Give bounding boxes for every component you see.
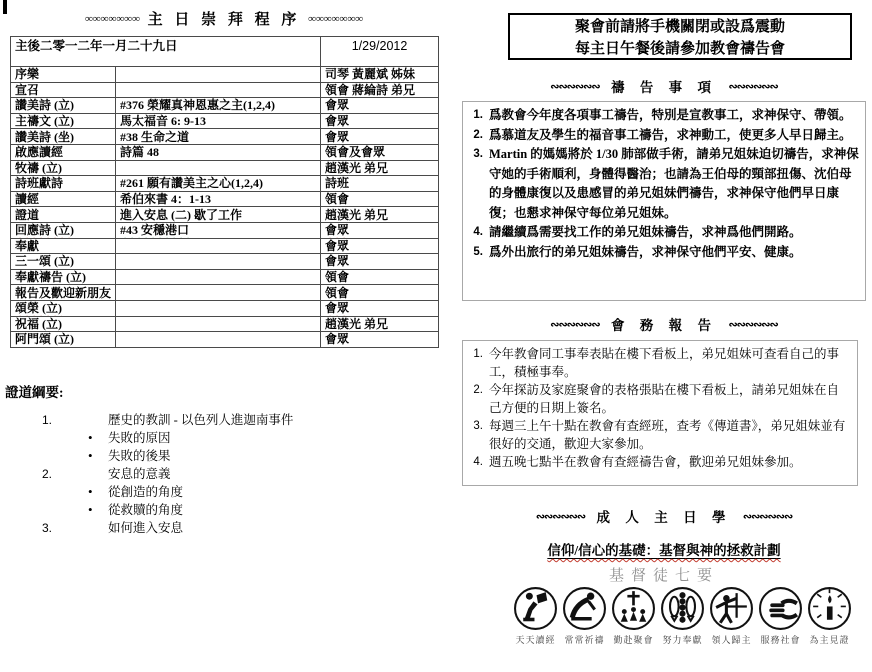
service-detail-cell xyxy=(116,82,321,98)
service-detail-cell xyxy=(116,300,321,316)
church-bulletin-page: ∞∞∞∞∞∞∞ 主 日 崇 拜 程 序 ∞∞∞∞∞∞∞ 主後二零一二年一月二十九… xyxy=(0,0,872,672)
curl-decoration-icon: ∾∾∾∾∾∾ xyxy=(728,81,777,93)
topic-part2: ：基督與神的拯救計劃 xyxy=(646,543,781,558)
service-item-cell: 宣召 xyxy=(11,82,116,98)
prayer-number: 2. xyxy=(467,126,489,146)
service-who-cell: 會眾 xyxy=(321,254,439,270)
seven-essential: 為主見證 xyxy=(806,586,853,646)
outline-item: •從救贖的角度 xyxy=(0,501,440,519)
service-who-cell: 領會 xyxy=(321,191,439,207)
prayer-item: 1.爲教會今年度各項事工禱告，特別是宣教事工，求神保守、帶領。 xyxy=(467,106,859,126)
service-who-cell: 會眾 xyxy=(321,222,439,238)
service-date-cn: 主後二零一二年一月二十九日 xyxy=(11,37,321,67)
praying-icon xyxy=(562,586,607,631)
service-item-cell: 頌榮 (立) xyxy=(11,300,116,316)
service-row: 宣召領會 蔣綸詩 弟兄 xyxy=(11,82,439,98)
bullet-icon: • xyxy=(88,501,108,519)
bullet-icon: • xyxy=(88,429,108,447)
evangelism-icon xyxy=(709,586,754,631)
service-order-title-text: 主 日 崇 拜 程 序 xyxy=(148,12,301,28)
service-row: 報告及歡迎新朋友領會 xyxy=(11,285,439,301)
service-item-cell: 詩班獻詩 xyxy=(11,176,116,192)
service-row: 讚美詩 (立)#376 榮耀真神恩惠之主(1,2,4)會眾 xyxy=(11,98,439,114)
service-who-cell: 會眾 xyxy=(321,129,439,145)
announcement-items-box: 1.今年教會同工事奉表貼在樓下看板上，弟兄姐妹可查看自己的事工，積極事奉。2.今… xyxy=(462,340,858,486)
service-item-cell: 報告及歡迎新朋友 xyxy=(11,285,116,301)
service-detail-cell xyxy=(116,285,321,301)
service-who-cell: 趙漢光 弟兄 xyxy=(321,316,439,332)
prayer-number: 1. xyxy=(467,106,489,126)
service-row: 序樂司琴 黃麗斌 姊妹 xyxy=(11,67,439,83)
topic-part1: 信仰/信心的基礎 xyxy=(547,543,645,558)
service-detail-cell xyxy=(116,67,321,83)
service-row: 牧禱 (立)趙漢光 弟兄 xyxy=(11,160,439,176)
service-who-cell: 領會 蔣綸詩 弟兄 xyxy=(321,82,439,98)
prayer-item: 5.爲外出旅行的弟兄姐妹禱告，求神保守他們平安、健康。 xyxy=(467,243,859,263)
prayer-items-box: 1.爲教會今年度各項事工禱告，特別是宣教事工，求神保守、帶領。2.爲慕道友及學生… xyxy=(462,101,866,301)
announcement-item: 1.今年教會同工事奉表貼在樓下看板上，弟兄姐妹可查看自己的事工，積極事奉。 xyxy=(467,345,851,381)
seven-essential-label: 為主見證 xyxy=(809,633,849,646)
seven-essential: 服務社會 xyxy=(757,586,804,646)
sunday-school-section-heading: ∾∾∾∾∾∾ 成 人 主 日 學 ∾∾∾∾∾∾ xyxy=(462,506,866,526)
prayer-item: 3.Martin 的媽媽將於 1/30 肺部做手術，請弟兄姐妹迫切禱告，求神保守… xyxy=(467,145,859,223)
service-detail-cell: #38 生命之道 xyxy=(116,129,321,145)
seven-essential-label: 常常祈禱 xyxy=(564,633,604,646)
bullet-icon: • xyxy=(88,447,108,465)
seven-essential: 天天讀經 xyxy=(512,586,559,646)
announcement-number: 4. xyxy=(467,453,489,471)
service-row: 詩班獻詩#261 願有讚美主之心(1,2,4)詩班 xyxy=(11,176,439,192)
service-item-cell: 回應詩 (立) xyxy=(11,222,116,238)
outline-number: 3. xyxy=(42,519,108,537)
announcement-number: 2. xyxy=(467,381,489,417)
service-who-cell: 領會 xyxy=(321,285,439,301)
prayer-text: 爲外出旅行的弟兄姐妹禱告，求神保守他們平安、健康。 xyxy=(489,243,802,263)
outline-text: 歷史的教訓 - 以色列人進迦南事件 xyxy=(108,411,293,429)
prayer-item: 4.請繼續爲需要找工作的弟兄姐妹禱告，求神爲他們開路。 xyxy=(467,223,859,243)
service-item-cell: 讚美詩 (坐) xyxy=(11,129,116,145)
outline-text: 從創造的角度 xyxy=(108,483,183,501)
outline-text: 從救贖的角度 xyxy=(108,501,183,519)
curl-decoration-icon: ∾∾∾∾∾∾ xyxy=(536,511,585,523)
service-detail-cell: 希伯來書 4：1-13 xyxy=(116,191,321,207)
service-detail-cell xyxy=(116,316,321,332)
service-who-cell: 會眾 xyxy=(321,238,439,254)
service-row: 讚美詩 (坐)#38 生命之道會眾 xyxy=(11,129,439,145)
service-item-cell: 祝福 (立) xyxy=(11,316,116,332)
outline-item: •失敗的原因 xyxy=(0,429,440,447)
prayer-number: 3. xyxy=(467,145,489,223)
service-detail-cell: 進入安息 (二) 歇了工作 xyxy=(116,207,321,223)
announcement-number: 1. xyxy=(467,345,489,381)
service-who-cell: 領會及會眾 xyxy=(321,144,439,160)
service-detail-cell: #261 願有讚美主之心(1,2,4) xyxy=(116,176,321,192)
service-who-cell: 會眾 xyxy=(321,300,439,316)
outline-text: 失敗的後果 xyxy=(108,447,171,465)
outline-item: 1.歷史的教訓 - 以色列人進迦南事件 xyxy=(0,411,440,429)
seven-essential-label: 勤赴聚會 xyxy=(613,633,653,646)
service-row: 祝福 (立)趙漢光 弟兄 xyxy=(11,316,439,332)
service-item-cell: 奉獻禱告 (立) xyxy=(11,269,116,285)
service-who-cell: 會眾 xyxy=(321,332,439,348)
service-detail-cell xyxy=(116,238,321,254)
service-date-row: 主後二零一二年一月二十九日 1/29/2012 xyxy=(11,37,439,67)
service-detail-cell: 馬太福音 6: 9-13 xyxy=(116,113,321,129)
seven-essential-label: 領人歸主 xyxy=(711,633,751,646)
service-detail-cell xyxy=(116,332,321,348)
prayer-text: 爲教會今年度各項事工禱告，特別是宣教事工，求神保守、帶領。 xyxy=(489,106,852,126)
prayer-text: 爲慕道友及學生的福音事工禱告，求神動工，使更多人早日歸主。 xyxy=(489,126,852,146)
seven-essential: 努力奉獻 xyxy=(659,586,706,646)
outline-number: 2. xyxy=(42,465,108,483)
service-row: 奉獻禱告 (立)領會 xyxy=(11,269,439,285)
announcement-item: 2.今年探訪及家庭聚會的表格張貼在樓下看板上，請弟兄姐妹在自己方便的日期上簽名。 xyxy=(467,381,851,417)
service-row: 奉獻會眾 xyxy=(11,238,439,254)
announcements-section-heading: ∾∾∾∾∾∾ 會 務 報 告 ∾∾∾∾∾∾ xyxy=(462,314,866,334)
outline-number: 1. xyxy=(42,411,108,429)
service-who-cell: 詩班 xyxy=(321,176,439,192)
prayer-heading-text: 禱 告 事 項 xyxy=(611,80,717,95)
service-detail-cell: #43 安穩港口 xyxy=(116,222,321,238)
announcement-text: 週五晚七點半在教會有查經禱告會，歡迎弟兄姐妹參加。 xyxy=(489,453,802,471)
service-detail-cell xyxy=(116,254,321,270)
service-item-cell: 主禱文 (立) xyxy=(11,113,116,129)
seven-essential: 領人歸主 xyxy=(708,586,755,646)
seven-essentials-heading: 基督徒七要 xyxy=(462,564,866,585)
announcement-text: 每週三上午十點在教會有查經班，查考《傳道書》，弟兄姐妹並有很好的交通，歡迎大家參… xyxy=(489,417,851,453)
bible-reading-icon xyxy=(513,586,558,631)
seven-essential-label: 天天讀經 xyxy=(515,633,555,646)
announcement-text: 今年探訪及家庭聚會的表格張貼在樓下看板上，請弟兄姐妹在自己方便的日期上簽名。 xyxy=(489,381,851,417)
cursor-mark xyxy=(3,0,7,14)
curl-decoration-icon: ∾∾∾∾∾∾ xyxy=(550,81,599,93)
notice-box: 聚會前請將手機關閉或設爲震動 每主日午餐後請參加教會禱告會 xyxy=(508,13,852,60)
announcement-number: 3. xyxy=(467,417,489,453)
notice-line-1: 聚會前請將手機關閉或設爲震動 xyxy=(575,15,785,36)
service-item-cell: 證道 xyxy=(11,207,116,223)
seven-essential: 常常祈禱 xyxy=(561,586,608,646)
prayer-text: 請繼續爲需要找工作的弟兄姐妹禱告，求神爲他們開路。 xyxy=(489,223,802,243)
seven-essential-label: 服務社會 xyxy=(760,633,800,646)
service-who-cell: 趙漢光 弟兄 xyxy=(321,207,439,223)
service-item-cell: 啟應讀經 xyxy=(11,144,116,160)
outline-item: •從創造的角度 xyxy=(0,483,440,501)
announcement-item: 3.每週三上午十點在教會有查經班，查考《傳道書》，弟兄姐妹並有很好的交通，歡迎大… xyxy=(467,417,851,453)
announcement-text: 今年教會同工事奉表貼在樓下看板上，弟兄姐妹可查看自己的事工，積極事奉。 xyxy=(489,345,851,381)
service-row: 主禱文 (立)馬太福音 6: 9-13會眾 xyxy=(11,113,439,129)
curl-decoration-icon: ∾∾∾∾∾∾ xyxy=(743,511,792,523)
service-row: 證道進入安息 (二) 歇了工作趙漢光 弟兄 xyxy=(11,207,439,223)
announcement-item: 4.週五晚七點半在教會有查經禱告會，歡迎弟兄姐妹參加。 xyxy=(467,453,851,471)
outline-item: 3.如何進入安息 xyxy=(0,519,440,537)
seven-essential-label: 努力奉獻 xyxy=(662,633,702,646)
service-row: 頌榮 (立)會眾 xyxy=(11,300,439,316)
service-who-cell: 會眾 xyxy=(321,98,439,114)
prayer-number: 5. xyxy=(467,243,489,263)
service-order-title: ∞∞∞∞∞∞∞ 主 日 崇 拜 程 序 ∞∞∞∞∞∞∞ xyxy=(10,8,438,29)
sunday-school-heading-text: 成 人 主 日 學 xyxy=(597,510,732,525)
service-item-cell: 讚美詩 (立) xyxy=(11,98,116,114)
sermon-outline-list: 1.歷史的教訓 - 以色列人進迦南事件•失敗的原因•失敗的後果2.安息的意義•從… xyxy=(0,411,440,537)
sermon-outline-heading: 證道綱要: xyxy=(5,381,64,401)
outline-text: 如何進入安息 xyxy=(108,519,183,537)
bullet-icon: • xyxy=(88,483,108,501)
seven-essential: 勤赴聚會 xyxy=(610,586,657,646)
prayer-section-heading: ∾∾∾∾∾∾ 禱 告 事 項 ∾∾∾∾∾∾ xyxy=(462,76,866,96)
service-item-cell: 序樂 xyxy=(11,67,116,83)
service-row: 阿門頌 (立)會眾 xyxy=(11,332,439,348)
service-item-cell: 阿門頌 (立) xyxy=(11,332,116,348)
outline-item: •失敗的後果 xyxy=(0,447,440,465)
service-detail-cell xyxy=(116,269,321,285)
service-row: 三一頌 (立)會眾 xyxy=(11,254,439,270)
outline-item: 2.安息的意義 xyxy=(0,465,440,483)
service-who-cell: 領會 xyxy=(321,269,439,285)
sunday-school-topic: 信仰/信心的基礎：基督與神的拯救計劃 xyxy=(462,539,866,559)
prayer-item: 2.爲慕道友及學生的福音事工禱告，求神動工，使更多人早日歸主。 xyxy=(467,126,859,146)
candle-witness-icon xyxy=(807,586,852,631)
service-row: 回應詩 (立)#43 安穩港口會眾 xyxy=(11,222,439,238)
prayer-number: 4. xyxy=(467,223,489,243)
service-row: 讀經希伯來書 4：1-13領會 xyxy=(11,191,439,207)
curl-decoration-icon: ∾∾∾∾∾∾ xyxy=(550,319,599,331)
service-item-cell: 讀經 xyxy=(11,191,116,207)
service-who-cell: 司琴 黃麗斌 姊妹 xyxy=(321,67,439,83)
seven-essentials-icon-row: 天天讀經常常祈禱勤赴聚會努力奉獻領人歸主服務社會為主見證 xyxy=(512,586,853,646)
notice-line-2: 每主日午餐後請參加教會禱告會 xyxy=(575,37,785,58)
service-detail-cell: 詩篇 48 xyxy=(116,144,321,160)
chain-decoration-icon: ∞∞∞∞∞∞∞ xyxy=(308,13,363,25)
offering-icon xyxy=(660,586,705,631)
outline-text: 安息的意義 xyxy=(108,465,171,483)
service-item-cell: 牧禱 (立) xyxy=(11,160,116,176)
service-item-cell: 三一頌 (立) xyxy=(11,254,116,270)
outline-text: 失敗的原因 xyxy=(108,429,171,447)
chain-decoration-icon: ∞∞∞∞∞∞∞ xyxy=(85,13,140,25)
serving-hands-icon xyxy=(758,586,803,631)
curl-decoration-icon: ∾∾∾∾∾∾ xyxy=(728,319,777,331)
service-who-cell: 趙漢光 弟兄 xyxy=(321,160,439,176)
service-detail-cell: #376 榮耀真神恩惠之主(1,2,4) xyxy=(116,98,321,114)
service-who-cell: 會眾 xyxy=(321,113,439,129)
prayer-text: Martin 的媽媽將於 1/30 肺部做手術，請弟兄姐妹迫切禱告，求神保守她的… xyxy=(489,145,859,223)
service-row: 啟應讀經詩篇 48領會及會眾 xyxy=(11,144,439,160)
service-detail-cell xyxy=(116,160,321,176)
announcements-heading-text: 會 務 報 告 xyxy=(611,318,717,333)
service-order-table: 主後二零一二年一月二十九日 1/29/2012 序樂司琴 黃麗斌 姊妹宣召領會 … xyxy=(10,36,439,348)
service-item-cell: 奉獻 xyxy=(11,238,116,254)
service-date-en: 1/29/2012 xyxy=(321,37,439,67)
church-meeting-icon xyxy=(611,586,656,631)
